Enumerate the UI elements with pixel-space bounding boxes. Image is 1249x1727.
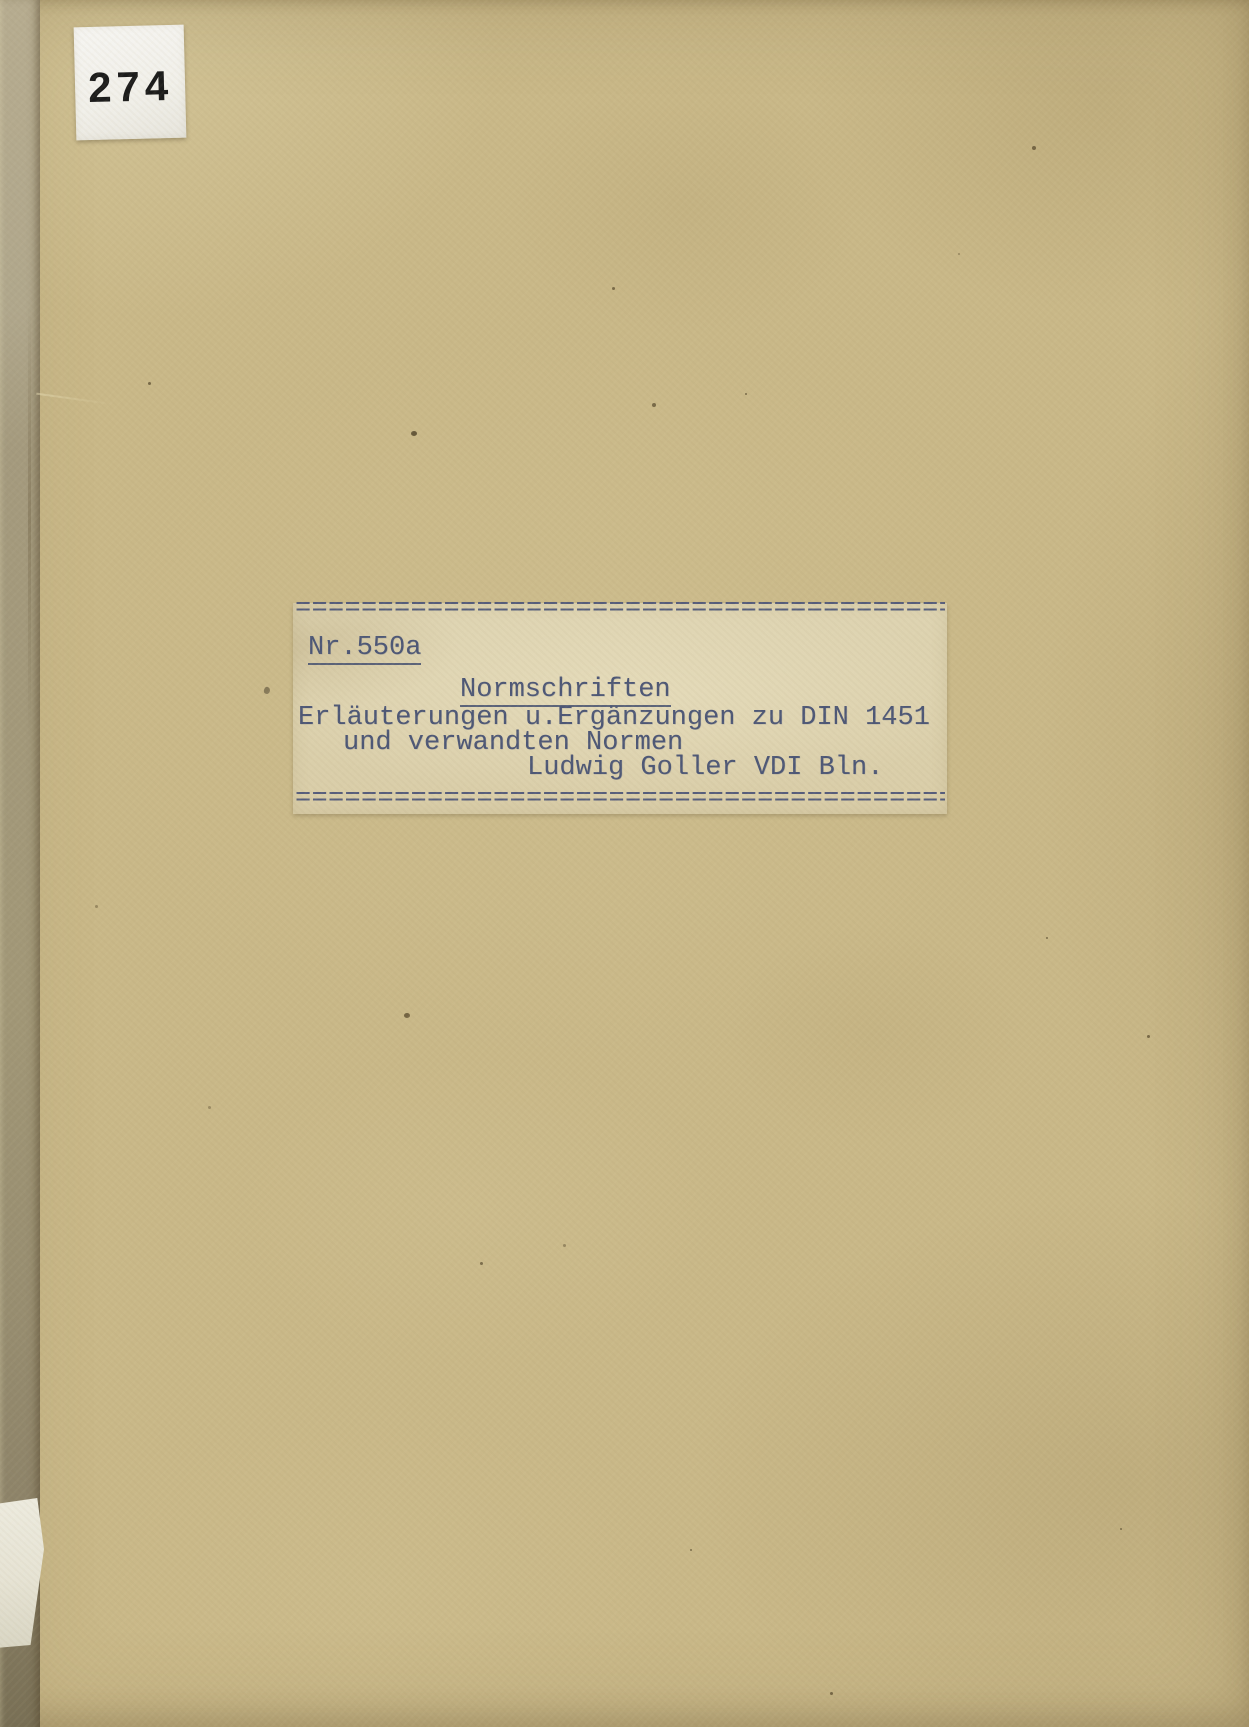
label-author: Ludwig Goller VDI Bln. [527,754,883,782]
paper-speck [404,1013,410,1018]
folder-cover: 274 ====================================… [0,0,1249,1727]
paper-speck [411,431,417,436]
paper-crease [36,393,114,406]
paper-speck [830,1692,833,1695]
paper-speck [480,1262,483,1265]
paper-speck [263,686,271,695]
paper-grain-texture [0,0,1249,1727]
paper-speck [1032,146,1036,150]
paper-speck [958,253,960,255]
paper-speck [1046,937,1048,939]
paper-speck [148,382,151,385]
label-bottom-rule: ======================================== [295,785,945,813]
paper-speck [1120,1528,1122,1530]
label-ref-number: Nr.550a [308,634,421,665]
paper-speck [1147,1035,1150,1038]
paper-speck [612,287,615,290]
paper-speck [208,1106,211,1109]
folder-spine [0,0,40,1727]
archive-number-sticker: 274 [74,25,187,141]
paper-speck [690,1549,692,1551]
label-top-rule: ======================================== [295,595,945,623]
typed-label: ========================================… [293,603,947,814]
paper-speck [95,905,98,908]
paper-speck [652,403,656,407]
paper-speck [745,393,747,395]
paper-speck [563,1244,566,1247]
archive-number: 274 [74,25,186,110]
